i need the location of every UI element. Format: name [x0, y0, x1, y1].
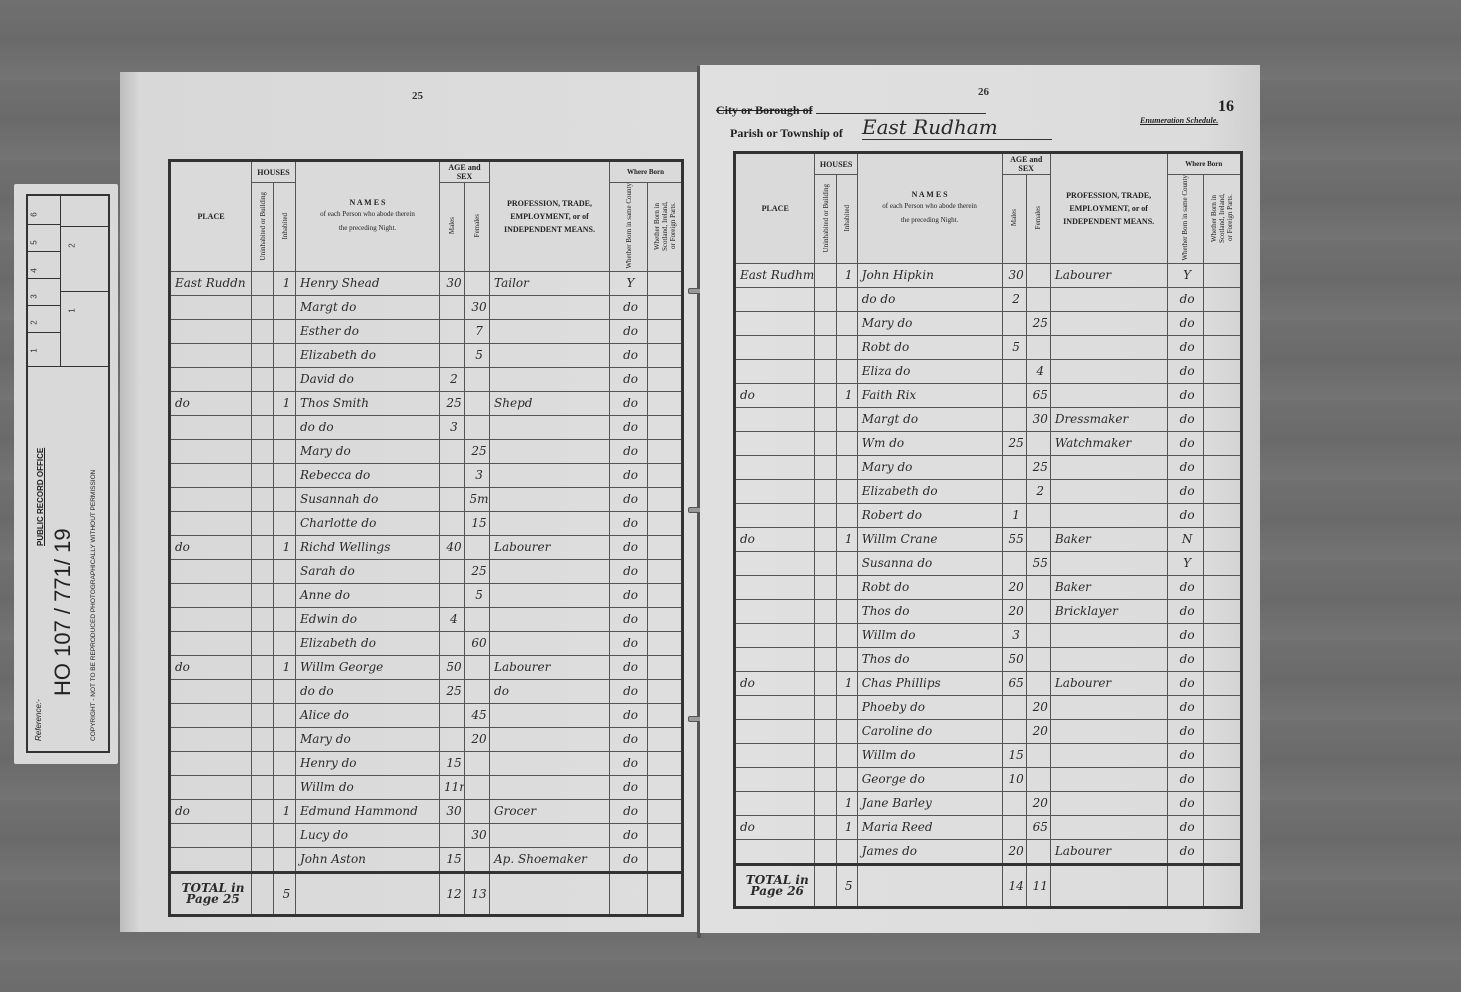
table-row: Mary do25do — [735, 311, 1242, 335]
female-age-cell — [1026, 527, 1050, 551]
names-title: N A M E S — [912, 190, 948, 199]
column-header-age-sex: AGE and SEX — [440, 161, 490, 183]
inhabited-cell — [274, 583, 296, 607]
inhabited-cell: 1 — [274, 391, 296, 415]
inhabited-cell — [836, 503, 857, 527]
inhabited-cell — [836, 743, 857, 767]
born-same-county-cell: do — [610, 535, 648, 559]
male-age-cell: 11m — [440, 775, 465, 799]
born-abroad-cell — [648, 583, 683, 607]
female-age-cell — [465, 535, 490, 559]
born-same-county-cell: do — [610, 631, 648, 655]
place-cell — [170, 823, 252, 847]
born-same-county-cell: do — [1167, 743, 1203, 767]
name-cell: Margt do — [857, 407, 1002, 431]
profession-cell — [490, 751, 610, 775]
born-abroad-cell — [648, 295, 683, 319]
born-abroad-cell — [648, 535, 683, 559]
name-cell: Willm George — [296, 655, 440, 679]
inhabited-cell — [274, 823, 296, 847]
male-age-cell — [1002, 815, 1026, 839]
profession-cell — [1050, 287, 1167, 311]
born-abroad-cell — [1203, 407, 1241, 431]
place-cell — [735, 407, 815, 431]
table-row: Caroline do20do — [735, 719, 1242, 743]
born-same-county-cell: Y — [1167, 263, 1203, 287]
census-table-right: PLACE HOUSES N A M E S of each Person wh… — [733, 151, 1243, 909]
uninhabited-cell — [815, 263, 836, 287]
born-abroad-cell — [1203, 815, 1241, 839]
male-age-cell: 30 — [1002, 263, 1026, 287]
born-same-county-cell: do — [1167, 599, 1203, 623]
name-cell: Willm Crane — [857, 527, 1002, 551]
born-same-county-cell: do — [1167, 647, 1203, 671]
ruler-number: 5 — [30, 240, 39, 244]
place-cell — [170, 295, 252, 319]
name-cell: Alice do — [296, 703, 440, 727]
schedule-label: Enumeration Schedule. — [1140, 116, 1218, 125]
inhabited-cell — [836, 767, 857, 791]
male-age-cell — [440, 583, 465, 607]
table-row: Edwin do4do — [170, 607, 683, 631]
schedule-number: 16 — [1218, 98, 1234, 116]
born-same-county-cell: do — [1167, 287, 1203, 311]
inhabited-cell — [836, 695, 857, 719]
inhabited-cell — [274, 679, 296, 703]
place-cell — [735, 479, 815, 503]
born-abroad-cell — [1203, 359, 1241, 383]
place-cell — [170, 583, 252, 607]
inhabited-cell — [274, 487, 296, 511]
uninhabited-cell — [252, 487, 274, 511]
total-females: 11 — [1026, 864, 1050, 907]
female-age-cell — [1026, 671, 1050, 695]
inhabited-cell — [836, 479, 857, 503]
profession-cell: Ap. Shoemaker — [490, 847, 610, 872]
column-header-males: Males — [440, 183, 465, 272]
table-row: East Rudhm1John Hipkin30LabourerY — [735, 263, 1242, 287]
male-age-cell — [1002, 791, 1026, 815]
born-abroad-cell — [1203, 671, 1241, 695]
table-row: do1Thos Smith25Shepddo — [170, 391, 683, 415]
profession-cell — [490, 631, 610, 655]
place-cell — [735, 311, 815, 335]
column-header-place: PLACE — [170, 161, 252, 272]
male-age-cell: 25 — [1002, 431, 1026, 455]
born-same-county-cell: do — [1167, 815, 1203, 839]
profession-cell — [490, 511, 610, 535]
uninhabited-cell — [252, 607, 274, 631]
place-cell — [170, 367, 252, 391]
male-age-cell — [440, 487, 465, 511]
inhabited-cell — [274, 631, 296, 655]
male-age-cell — [1002, 359, 1026, 383]
female-age-cell — [465, 799, 490, 823]
inhabited-cell — [274, 319, 296, 343]
born-same-county-cell: do — [1167, 791, 1203, 815]
table-row: Willm do11mdo — [170, 775, 683, 799]
uninhabited-cell — [815, 359, 836, 383]
born-same-county-cell: do — [610, 559, 648, 583]
place-cell — [735, 623, 815, 647]
female-age-cell — [1026, 335, 1050, 359]
table-row: 1Jane Barley20do — [735, 791, 1242, 815]
born-abroad-cell — [1203, 839, 1241, 864]
reference-card-frame: 1 2 3 4 5 6 1 2 Reference:- HO 107 / 771… — [26, 194, 110, 753]
profession-cell — [1050, 383, 1167, 407]
male-age-cell: 15 — [440, 751, 465, 775]
name-cell: Elizabeth do — [296, 631, 440, 655]
names-subtitle-1: of each Person who abode therein — [858, 199, 1002, 213]
table-row: Mary do25do — [170, 439, 683, 463]
born-abroad-cell — [1203, 767, 1241, 791]
profession-cell: Baker — [1050, 575, 1167, 599]
born-same-county-cell: do — [610, 439, 648, 463]
profession-cell — [1050, 767, 1167, 791]
table-row: Henry do15do — [170, 751, 683, 775]
female-age-cell: 4 — [1026, 359, 1050, 383]
page-number: 26 — [978, 86, 989, 98]
name-cell: Sarah do — [296, 559, 440, 583]
born-same-county-cell: do — [1167, 719, 1203, 743]
born-abroad-cell — [648, 631, 683, 655]
male-age-cell: 30 — [440, 271, 465, 295]
inhabited-cell: 1 — [274, 655, 296, 679]
total-row: TOTAL inPage 25 5 12 13 — [170, 872, 683, 915]
born-same-county-cell: do — [1167, 479, 1203, 503]
male-age-cell: 5 — [1002, 335, 1026, 359]
born-abroad-cell — [648, 391, 683, 415]
male-age-cell — [1002, 407, 1026, 431]
born-abroad-cell — [648, 439, 683, 463]
uninhabited-cell — [252, 295, 274, 319]
male-age-cell: 15 — [1002, 743, 1026, 767]
female-age-cell: 25 — [1026, 455, 1050, 479]
column-header-same-county: Whether Born in same County — [610, 183, 648, 272]
ruler-number: 2 — [30, 320, 39, 324]
uninhabited-cell — [815, 455, 836, 479]
uninhabited-cell — [252, 271, 274, 295]
profession-cell: Watchmaker — [1050, 431, 1167, 455]
table-row: Elizabeth do2do — [735, 479, 1242, 503]
profession-cell — [1050, 623, 1167, 647]
uninhabited-cell — [815, 503, 836, 527]
born-same-county-cell: do — [610, 511, 648, 535]
inhabited-cell — [274, 775, 296, 799]
male-age-cell: 20 — [1002, 575, 1026, 599]
female-age-cell: 20 — [1026, 695, 1050, 719]
male-age-cell: 4 — [440, 607, 465, 631]
total-females: 13 — [465, 872, 490, 915]
female-age-cell — [1026, 431, 1050, 455]
male-age-cell — [1002, 311, 1026, 335]
place-cell: do — [735, 815, 815, 839]
inhabited-cell — [836, 839, 857, 864]
female-age-cell — [1026, 623, 1050, 647]
name-cell: Robert do — [857, 503, 1002, 527]
uninhabited-cell — [252, 367, 274, 391]
table-row: Wm do25Watchmakerdo — [735, 431, 1242, 455]
place-cell — [170, 631, 252, 655]
table-row: do1Chas Phillips65Labourerdo — [735, 671, 1242, 695]
born-same-county-cell: do — [610, 487, 648, 511]
place-cell — [735, 575, 815, 599]
female-age-cell — [465, 607, 490, 631]
profession-cell — [490, 607, 610, 631]
male-age-cell — [1002, 455, 1026, 479]
name-cell: Edwin do — [296, 607, 440, 631]
born-same-county-cell: do — [610, 679, 648, 703]
profession-cell: Shepd — [490, 391, 610, 415]
profession-cell: Grocer — [490, 799, 610, 823]
place-cell — [735, 743, 815, 767]
female-age-cell — [1026, 839, 1050, 864]
male-age-cell: 15 — [440, 847, 465, 872]
table-row: Susannah do5mdo — [170, 487, 683, 511]
profession-cell — [1050, 479, 1167, 503]
table-row: Margt do30do — [170, 295, 683, 319]
female-age-cell: 55 — [1026, 551, 1050, 575]
name-cell: Faith Rix — [857, 383, 1002, 407]
born-abroad-cell — [648, 703, 683, 727]
table-row: Alice do45do — [170, 703, 683, 727]
female-age-cell — [1026, 503, 1050, 527]
born-same-county-cell: do — [610, 583, 648, 607]
names-subtitle-2: the preceding Night. — [858, 213, 1002, 227]
table-row: do do3do — [170, 415, 683, 439]
inhabited-cell: 1 — [836, 263, 857, 287]
inhabited-cell — [836, 719, 857, 743]
female-age-cell: 5m — [465, 487, 490, 511]
names-title: N A M E S — [349, 198, 385, 207]
column-header-females: Females — [465, 183, 490, 272]
uninhabited-cell — [252, 631, 274, 655]
uninhabited-cell — [815, 479, 836, 503]
name-cell: Caroline do — [857, 719, 1002, 743]
place-cell: do — [170, 799, 252, 823]
born-abroad-cell — [1203, 455, 1241, 479]
place-cell — [735, 839, 815, 864]
place-cell — [735, 767, 815, 791]
female-age-cell — [465, 391, 490, 415]
place-cell — [170, 775, 252, 799]
female-age-cell — [1026, 599, 1050, 623]
born-same-county-cell: do — [610, 703, 648, 727]
name-cell: Jane Barley — [857, 791, 1002, 815]
born-same-county-cell: do — [610, 367, 648, 391]
name-cell: Esther do — [296, 319, 440, 343]
column-header-where-born: Where Born — [1167, 153, 1242, 175]
female-age-cell: 25 — [465, 439, 490, 463]
profession-cell: Baker — [1050, 527, 1167, 551]
born-abroad-cell — [648, 727, 683, 751]
table-row: John Aston15Ap. Shoemakerdo — [170, 847, 683, 872]
born-abroad-cell — [1203, 383, 1241, 407]
born-same-county-cell: do — [1167, 575, 1203, 599]
inhabited-cell — [274, 559, 296, 583]
female-age-cell: 25 — [1026, 311, 1050, 335]
female-age-cell — [465, 367, 490, 391]
male-age-cell — [440, 631, 465, 655]
uninhabited-cell — [252, 511, 274, 535]
reference-number: HO 107 / 771/ 19 — [50, 528, 76, 696]
table-row: Thos do50do — [735, 647, 1242, 671]
profession-cell — [1050, 719, 1167, 743]
female-age-cell: 5 — [465, 343, 490, 367]
male-age-cell: 25 — [440, 679, 465, 703]
uninhabited-cell — [252, 535, 274, 559]
born-same-county-cell: do — [610, 319, 648, 343]
male-age-cell: 2 — [440, 367, 465, 391]
name-cell: Henry Shead — [296, 271, 440, 295]
born-same-county-cell: N — [1167, 527, 1203, 551]
female-age-cell — [465, 751, 490, 775]
born-same-county-cell: do — [1167, 623, 1203, 647]
name-cell: Maria Reed — [857, 815, 1002, 839]
born-abroad-cell — [1203, 743, 1241, 767]
profession-cell: Bricklayer — [1050, 599, 1167, 623]
female-age-cell: 5 — [465, 583, 490, 607]
male-age-cell: 50 — [1002, 647, 1026, 671]
inhabited-cell — [836, 575, 857, 599]
born-abroad-cell — [1203, 335, 1241, 359]
place-cell — [170, 511, 252, 535]
place-cell — [735, 551, 815, 575]
name-cell: George do — [857, 767, 1002, 791]
name-cell: Henry do — [296, 751, 440, 775]
inhabited-cell — [274, 751, 296, 775]
inhabited-cell — [836, 431, 857, 455]
uninhabited-cell — [815, 551, 836, 575]
profession-cell: Dressmaker — [1050, 407, 1167, 431]
uninhabited-cell — [252, 343, 274, 367]
name-cell: Lucy do — [296, 823, 440, 847]
profession-cell — [1050, 311, 1167, 335]
inhabited-cell — [274, 439, 296, 463]
uninhabited-cell — [815, 767, 836, 791]
born-same-county-cell: do — [610, 463, 648, 487]
uninhabited-cell — [252, 583, 274, 607]
born-same-county-cell: do — [610, 415, 648, 439]
census-table-left: PLACE HOUSES N A M E S of each Person wh… — [168, 159, 684, 917]
female-age-cell — [1026, 263, 1050, 287]
profession-cell — [1050, 503, 1167, 527]
name-cell: Mary do — [296, 727, 440, 751]
profession-cell: do — [490, 679, 610, 703]
profession-cell — [490, 775, 610, 799]
born-abroad-cell — [648, 463, 683, 487]
born-same-county-cell: do — [610, 751, 648, 775]
table-row: East Ruddn1Henry Shead30TailorY — [170, 271, 683, 295]
name-cell: Thos do — [857, 599, 1002, 623]
name-cell: David do — [296, 367, 440, 391]
place-cell: do — [735, 671, 815, 695]
profession-cell — [1050, 455, 1167, 479]
place-cell — [735, 287, 815, 311]
male-age-cell: 25 — [440, 391, 465, 415]
born-same-county-cell: do — [1167, 503, 1203, 527]
uninhabited-cell — [252, 559, 274, 583]
male-age-cell: 50 — [440, 655, 465, 679]
male-age-cell — [440, 559, 465, 583]
born-same-county-cell: do — [1167, 671, 1203, 695]
uninhabited-cell — [252, 439, 274, 463]
table-row: Susanna do55Y — [735, 551, 1242, 575]
name-cell: Susanna do — [857, 551, 1002, 575]
profession-cell: Labourer — [1050, 671, 1167, 695]
ruler-number: 3 — [30, 294, 39, 298]
uninhabited-cell — [815, 791, 836, 815]
column-header-uninhabited: Uninhabited or Building — [252, 183, 274, 272]
place-cell: do — [735, 527, 815, 551]
male-age-cell: 10 — [1002, 767, 1026, 791]
profession-cell — [1050, 335, 1167, 359]
female-age-cell: 45 — [465, 703, 490, 727]
profession-cell — [1050, 695, 1167, 719]
born-same-county-cell: do — [610, 391, 648, 415]
inhabited-cell — [274, 415, 296, 439]
column-header-females: Females — [1026, 175, 1050, 264]
inhabited-cell — [836, 623, 857, 647]
place-cell — [170, 703, 252, 727]
profession-cell — [490, 439, 610, 463]
place-cell — [735, 455, 815, 479]
male-age-cell — [440, 439, 465, 463]
profession-cell — [490, 559, 610, 583]
profession-cell — [490, 463, 610, 487]
inhabited-cell — [274, 727, 296, 751]
name-cell: do do — [296, 679, 440, 703]
profession-cell — [490, 487, 610, 511]
profession-cell: Tailor — [490, 271, 610, 295]
place-cell — [735, 647, 815, 671]
born-same-county-cell: do — [610, 607, 648, 631]
ruler-number: 1 — [30, 348, 39, 352]
male-age-cell — [440, 463, 465, 487]
column-header-profession: PROFESSION, TRADE, EMPLOYMENT, or of IND… — [490, 161, 610, 272]
inhabited-cell — [836, 599, 857, 623]
uninhabited-cell — [815, 335, 836, 359]
place-cell — [170, 319, 252, 343]
born-abroad-cell — [1203, 551, 1241, 575]
inhabited-cell — [836, 647, 857, 671]
table-row: Elizabeth do5do — [170, 343, 683, 367]
parish-township-label: Parish or Township of — [730, 126, 843, 141]
total-row: TOTAL inPage 26 5 14 11 — [735, 864, 1242, 907]
place-cell — [735, 599, 815, 623]
table-row: Mary do20do — [170, 727, 683, 751]
uninhabited-cell — [252, 463, 274, 487]
born-same-county-cell: do — [610, 295, 648, 319]
born-abroad-cell — [648, 799, 683, 823]
male-age-cell — [440, 823, 465, 847]
inhabited-cell — [274, 463, 296, 487]
male-age-cell — [440, 727, 465, 751]
uninhabited-cell — [815, 287, 836, 311]
inhabited-cell: 1 — [836, 815, 857, 839]
table-row: do1Willm George50Labourerdo — [170, 655, 683, 679]
profession-cell: Labourer — [1050, 839, 1167, 864]
name-cell: Susannah do — [296, 487, 440, 511]
born-abroad-cell — [1203, 647, 1241, 671]
male-age-cell: 20 — [1002, 599, 1026, 623]
born-same-county-cell: do — [610, 343, 648, 367]
name-cell: Margt do — [296, 295, 440, 319]
male-age-cell: 30 — [440, 799, 465, 823]
born-abroad-cell — [1203, 431, 1241, 455]
name-cell: Richd Wellings — [296, 535, 440, 559]
born-abroad-cell — [1203, 623, 1241, 647]
